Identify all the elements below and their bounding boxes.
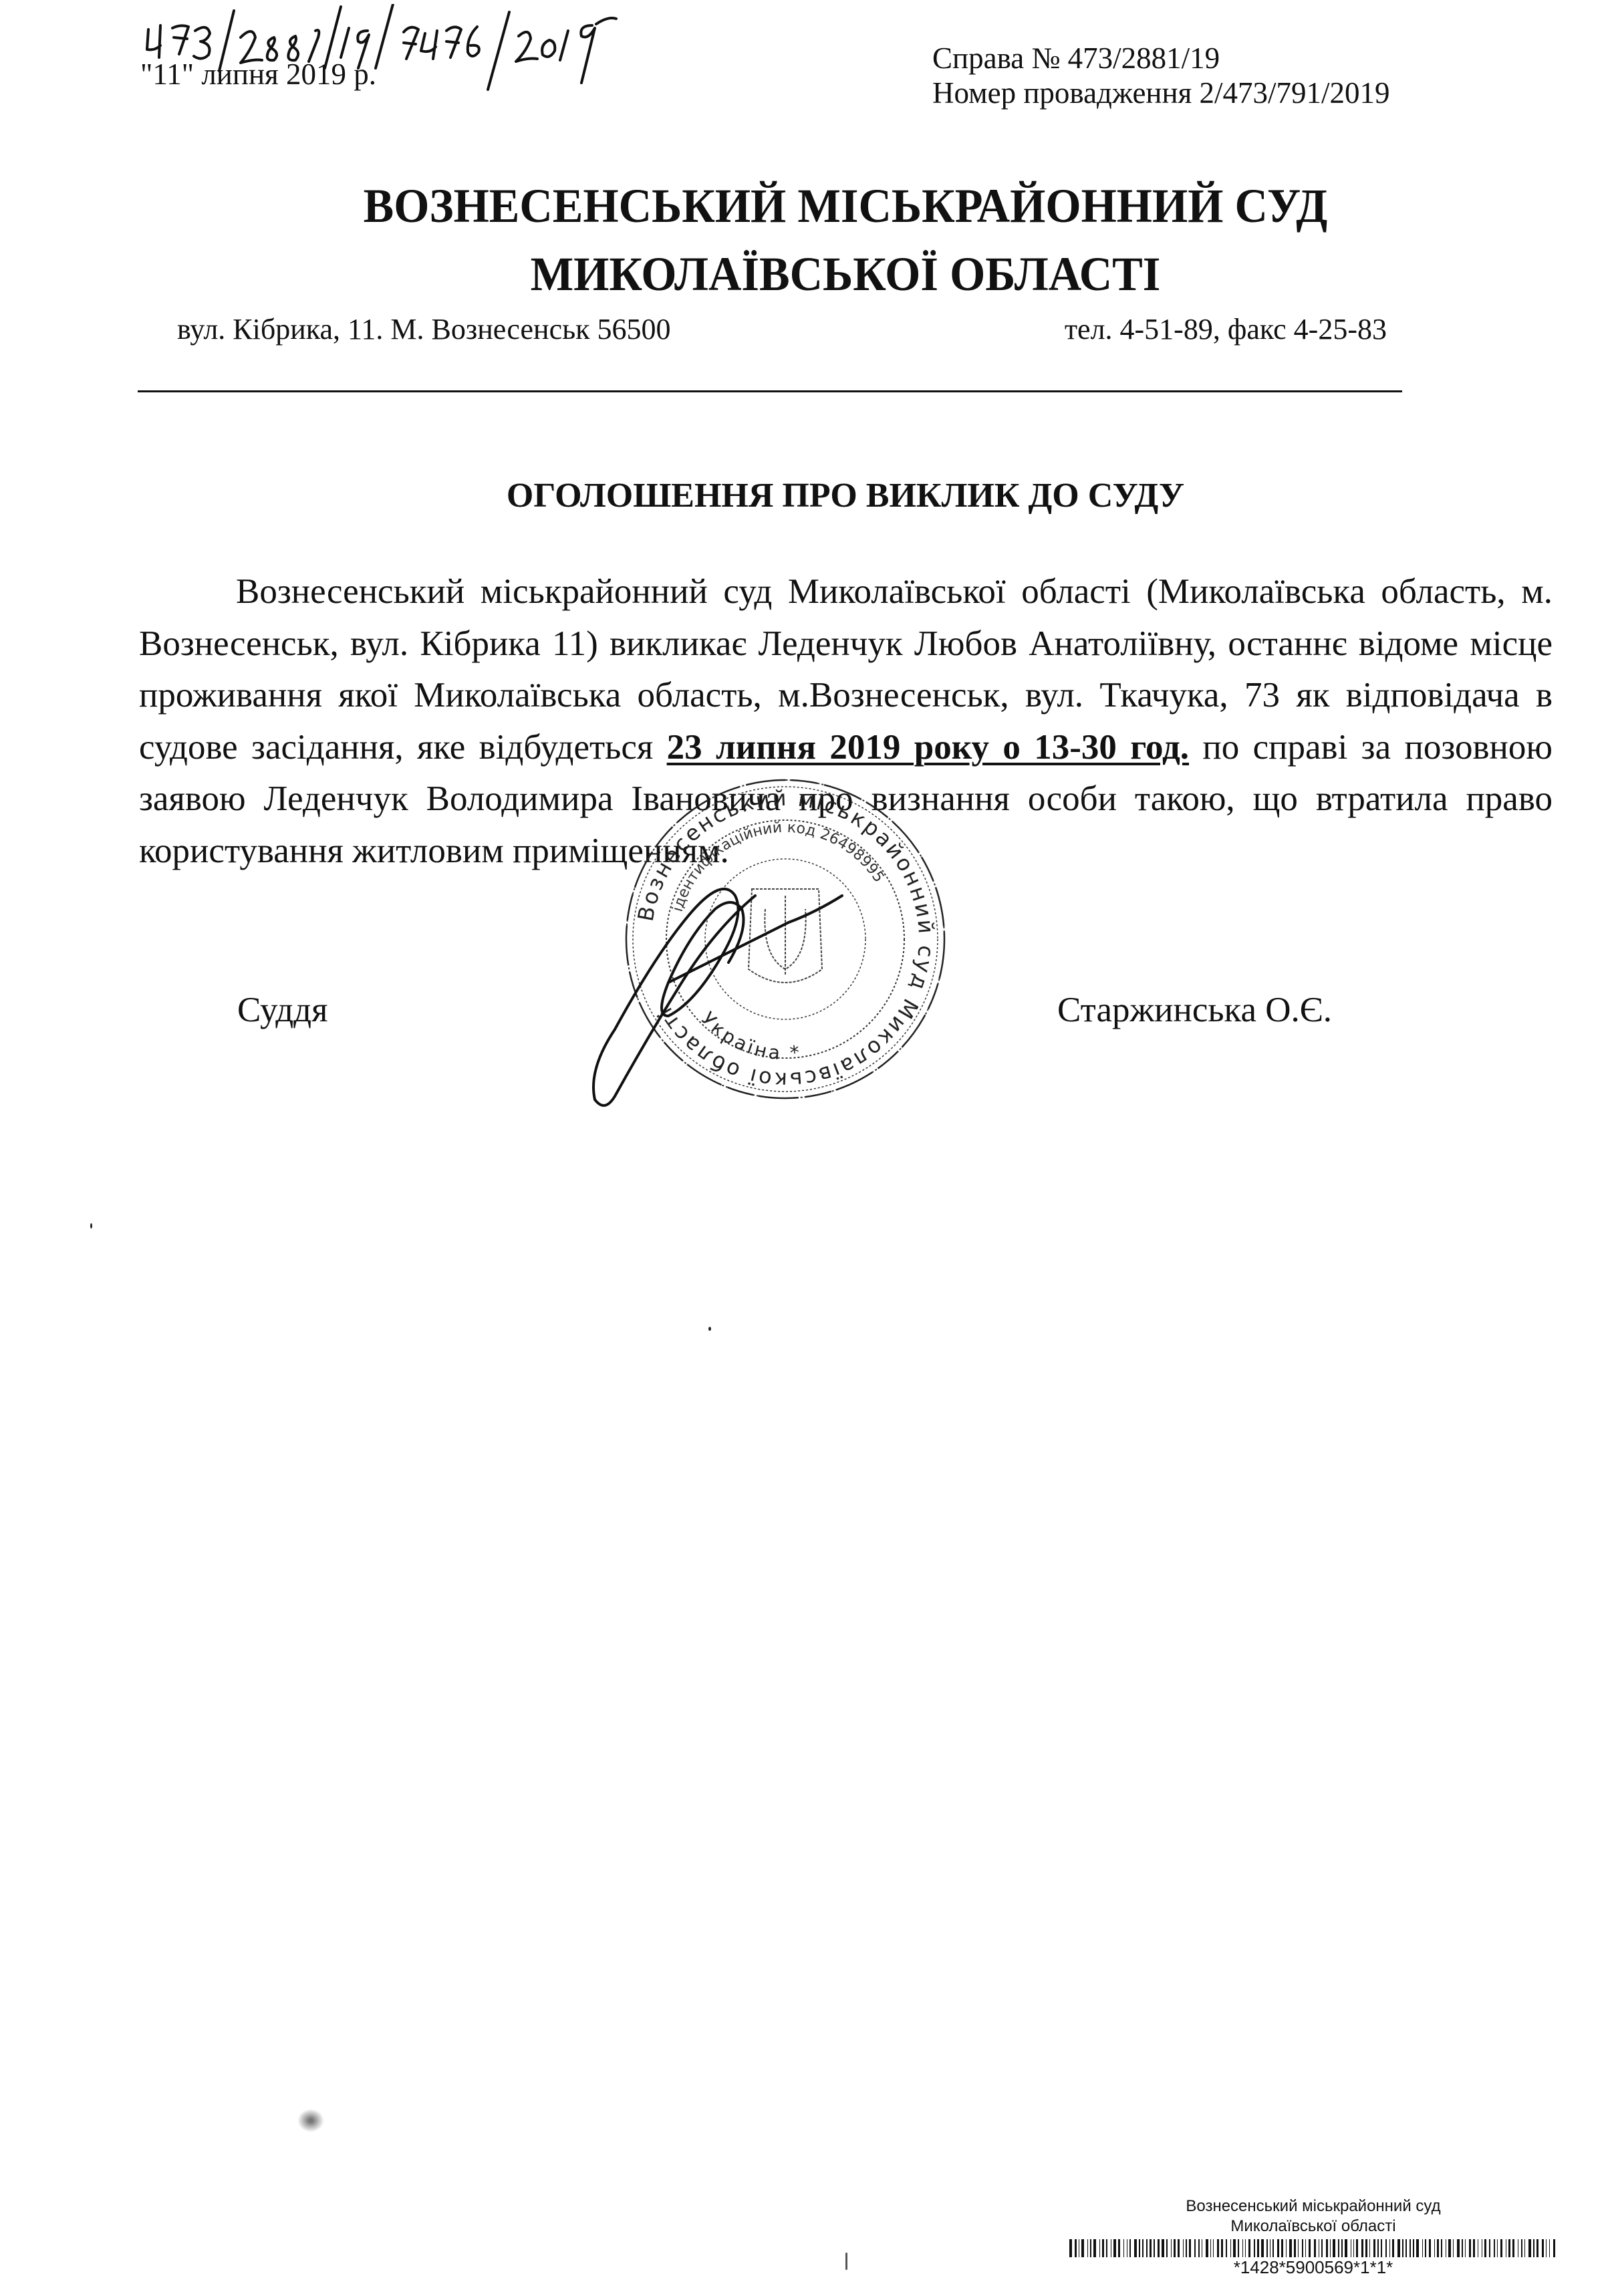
footer-court-line1: Вознесенський міськрайонний суд bbox=[1069, 2197, 1557, 2216]
barcode-number: *1428*5900569*1*1* bbox=[1069, 2258, 1557, 2277]
case-number: Справа № 473/2881/19 bbox=[932, 41, 1220, 75]
signature-name: Старжинська О.Є. bbox=[1057, 991, 1332, 1029]
court-address: вул. Кібрика, 11. М. Вознесенськ 56500 bbox=[177, 313, 671, 346]
footer-court-line2: Миколаївської області bbox=[1069, 2217, 1557, 2236]
document-date: "11" липня 2019 р. bbox=[140, 57, 376, 91]
proceeding-number: Номер провадження 2/473/791/2019 bbox=[932, 76, 1390, 110]
scan-smudge bbox=[297, 2109, 324, 2132]
scan-speck bbox=[708, 1327, 711, 1331]
barcode bbox=[1069, 2239, 1557, 2257]
court-contacts: тел. 4-51-89, факс 4-25-83 bbox=[1033, 313, 1387, 346]
scan-mark bbox=[845, 2253, 847, 2270]
judge-signature bbox=[588, 849, 869, 1116]
court-name-line1: ВОЗНЕСЕНСЬКИЙ МІСЬКРАЙОННИЙ СУД bbox=[42, 179, 1610, 233]
header-divider bbox=[138, 390, 1402, 392]
hearing-date: 23 липня 2019 року о 13-30 год. bbox=[667, 728, 1189, 767]
signature-role: Суддя bbox=[237, 991, 328, 1029]
notice-title: ОГОЛОШЕННЯ ПРО ВИКЛИК ДО СУДУ bbox=[0, 476, 1610, 516]
scan-speck bbox=[90, 1223, 92, 1229]
court-name-line2: МИКОЛАЇВСЬКОЇ ОБЛАСТІ bbox=[42, 247, 1610, 301]
